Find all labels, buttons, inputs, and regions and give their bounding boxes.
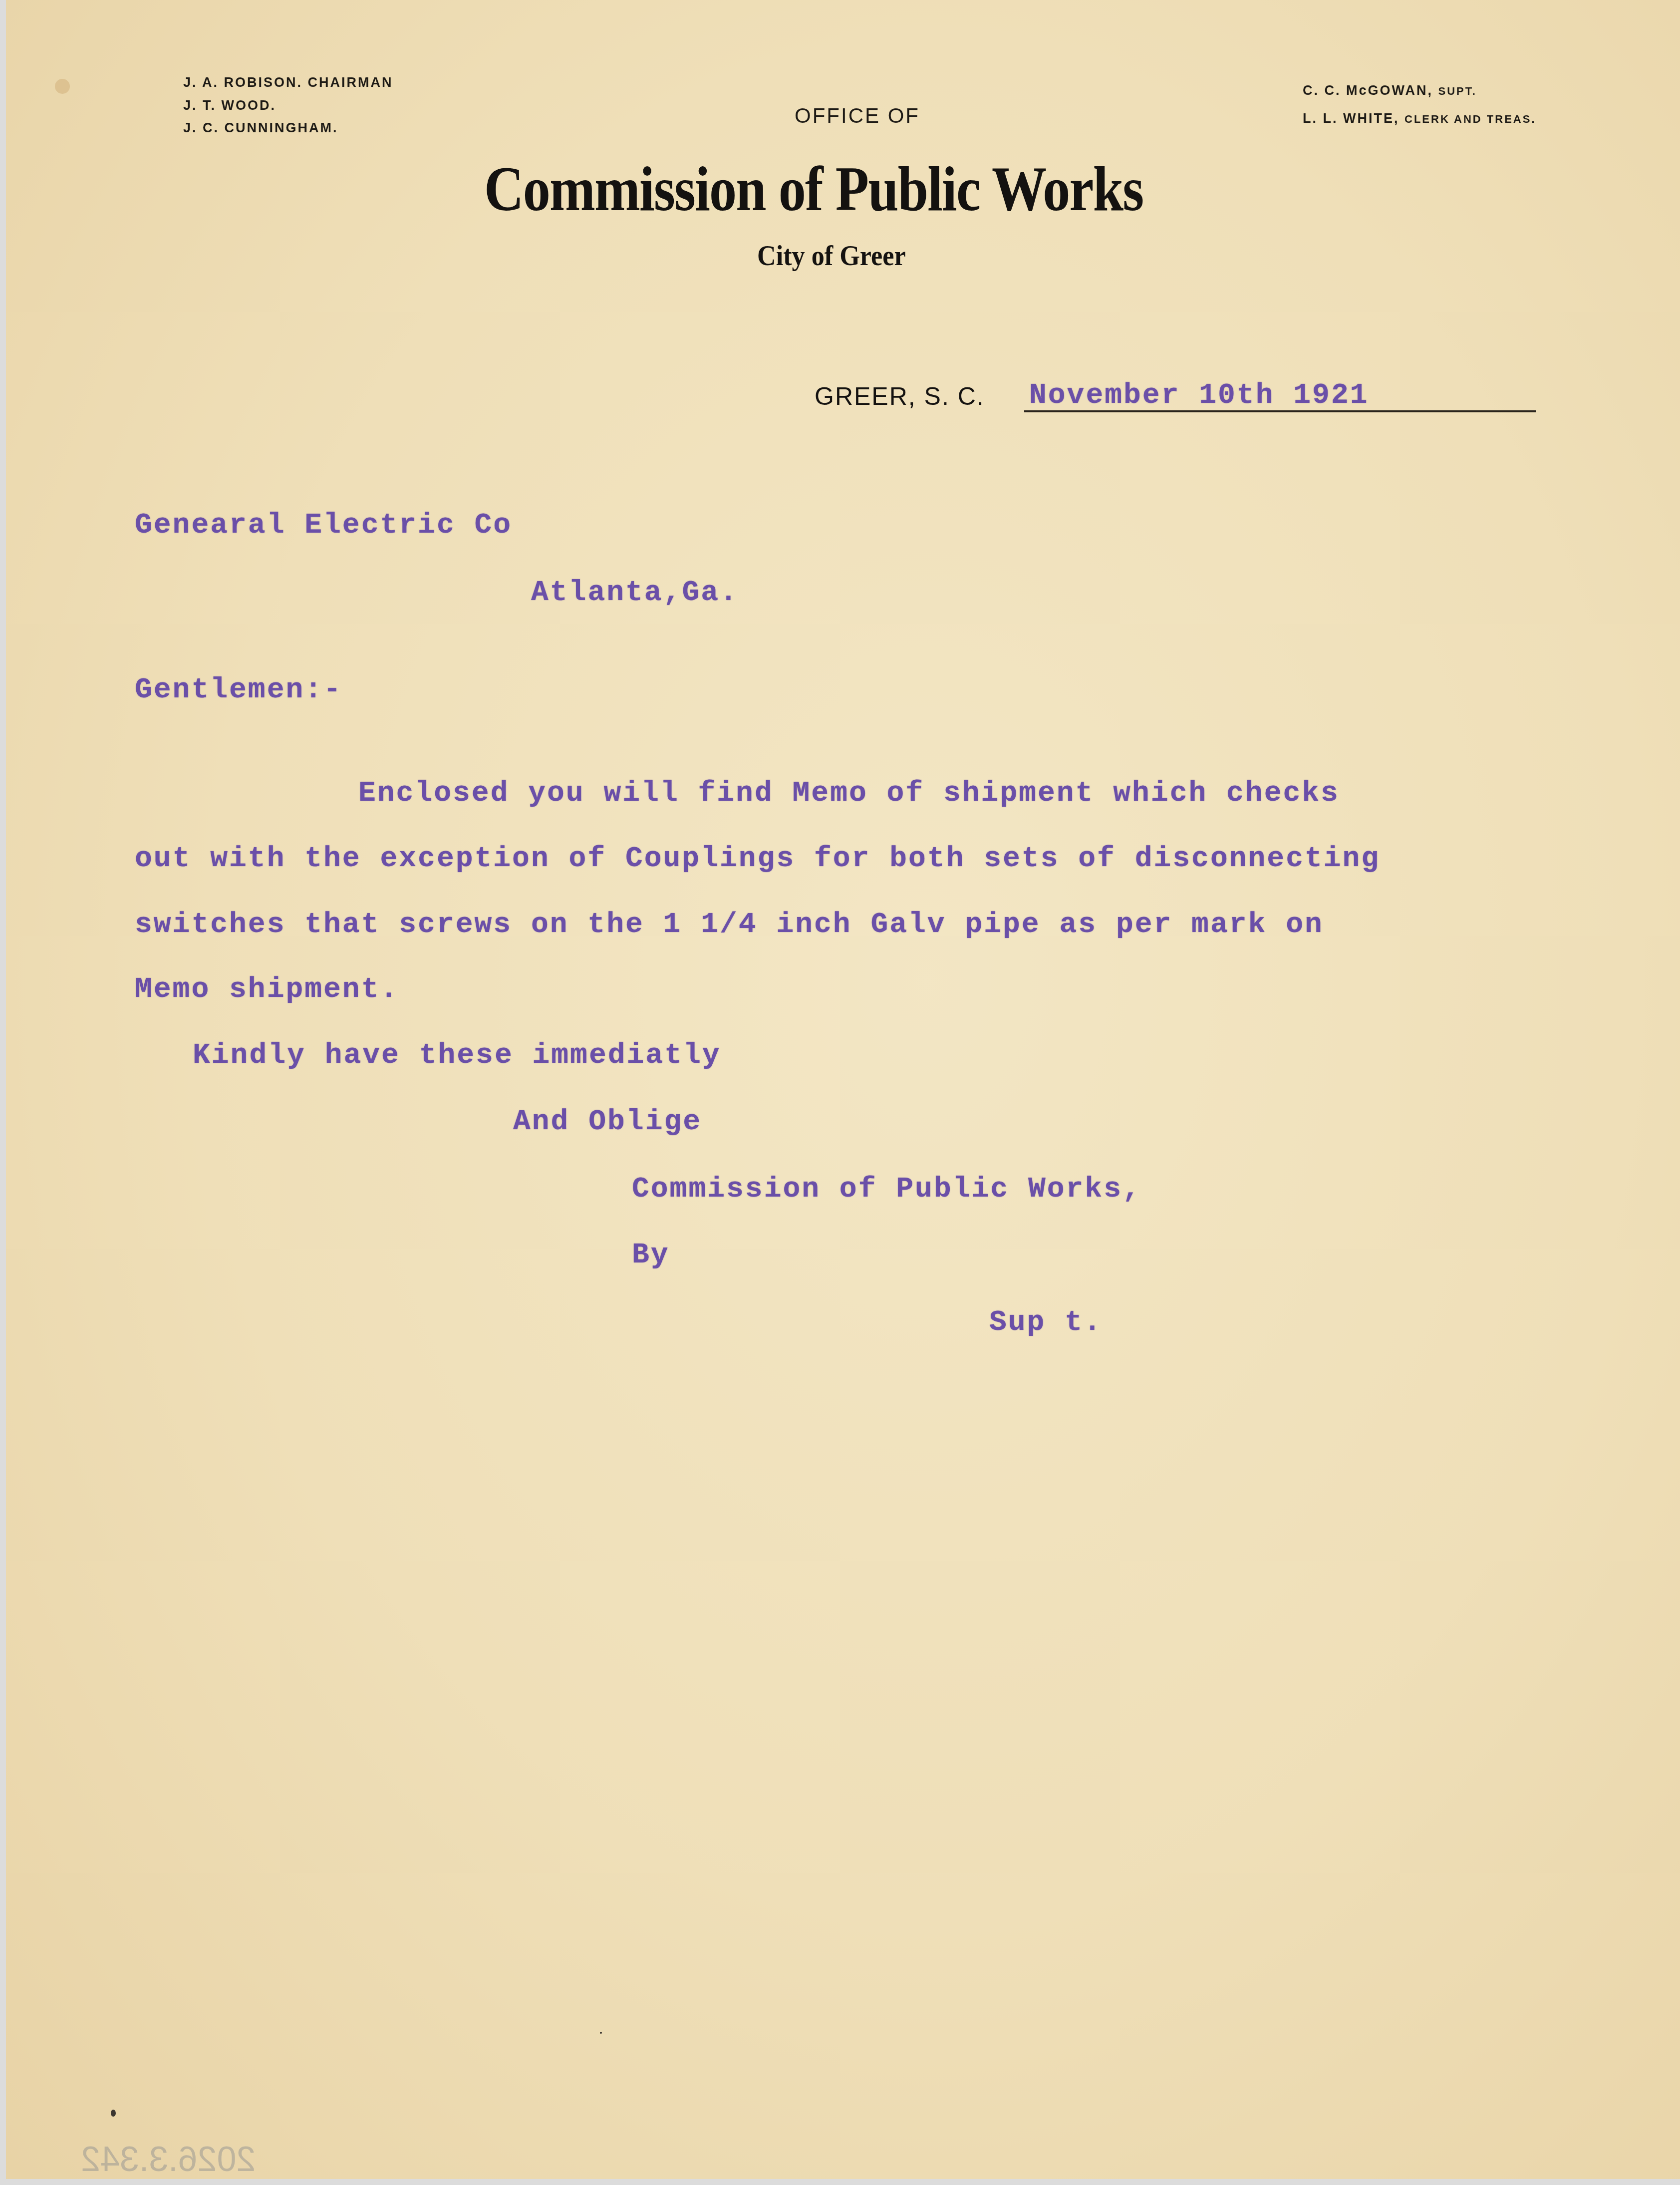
- request-line: Kindly have these immediatly: [193, 1039, 721, 1072]
- ink-speck: [111, 2110, 116, 2117]
- organization-title: Commission of Public Works: [484, 152, 1143, 226]
- paper-stain: [55, 79, 70, 94]
- commissioner-3: J. C. CUNNINGHAM.: [183, 120, 338, 136]
- office-of-label: OFFICE OF: [795, 104, 920, 128]
- body-line-2: out with the exception of Couplings for …: [135, 843, 1380, 875]
- commissioner-2: J. T. WOOD.: [183, 98, 276, 113]
- body-line-1: Enclosed you will find Memo of shipment …: [358, 777, 1340, 810]
- officer-superintendent: C. C. McGOWAN, SUPT.: [1303, 83, 1477, 98]
- archive-catalog-mark: 2026.3.342: [81, 2139, 256, 2179]
- city-subtitle: City of Greer: [757, 239, 906, 272]
- recipient-city: Atlanta,Ga.: [531, 577, 739, 609]
- recipient-name: Genearal Electric Co: [135, 509, 512, 542]
- salutation: Gentlemen:-: [135, 674, 342, 706]
- officer-title: CLERK AND TREAS.: [1404, 113, 1536, 125]
- ink-speck: [600, 2032, 602, 2034]
- officer-name: C. C. McGOWAN,: [1303, 83, 1433, 98]
- signature-organization: Commission of Public Works,: [632, 1173, 1141, 1206]
- officer-clerk: L. L. WHITE, CLERK AND TREAS.: [1303, 111, 1536, 126]
- body-line-4: Memo shipment.: [135, 973, 399, 1006]
- signature-title: Sup t.: [989, 1306, 1103, 1339]
- closing-line: And Oblige: [513, 1106, 702, 1138]
- officer-title: SUPT.: [1438, 85, 1477, 97]
- signature-by: By: [632, 1239, 670, 1271]
- commissioner-1: J. A. ROBISON. CHAIRMAN: [183, 75, 393, 90]
- letter-date: November 10th 1921: [1029, 379, 1369, 412]
- officer-name: L. L. WHITE,: [1303, 111, 1399, 126]
- body-line-3: switches that screws on the 1 1/4 inch G…: [135, 909, 1324, 941]
- dateline-place: GREER, S. C.: [815, 382, 985, 411]
- letter-page: J. A. ROBISON. CHAIRMAN J. T. WOOD. J. C…: [6, 0, 1680, 2179]
